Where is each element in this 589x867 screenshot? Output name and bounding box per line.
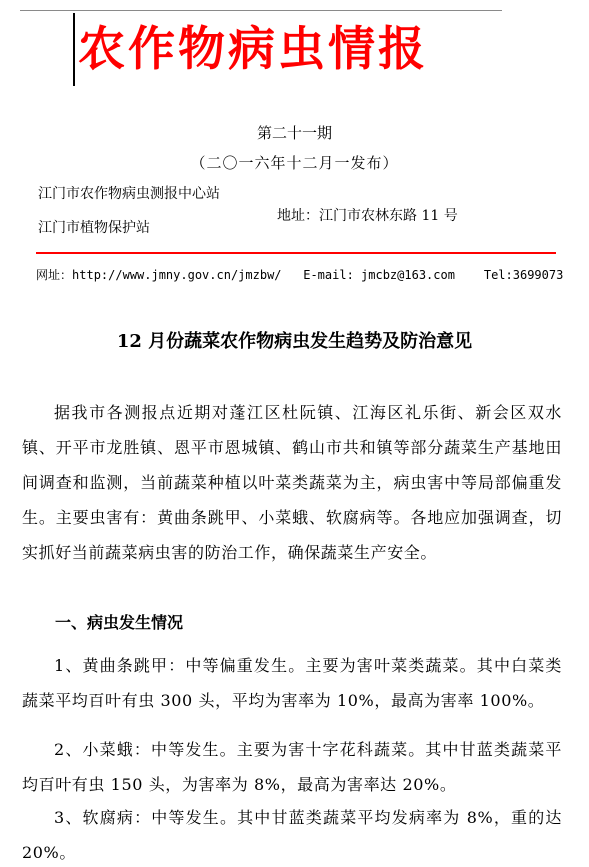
pest-item-1: 1、黄曲条跳甲：中等偏重发生。主要为害叶菜类蔬菜。其中白菜类蔬菜平均百叶有虫 3… [22, 648, 562, 718]
issue-number: 第二十一期 [0, 122, 589, 143]
article-title: 12 月份蔬菜农作物病虫发生趋势及防治意见 [0, 327, 589, 353]
masthead-title: 农作物病虫情报 [78, 14, 428, 86]
red-divider [36, 252, 556, 254]
publish-date: （二〇一六年十二月一发布） [0, 152, 589, 173]
text-cursor [73, 13, 75, 86]
top-rule [20, 10, 502, 11]
intro-paragraph: 据我市各测报点近期对蓬江区杜阮镇、江海区礼乐街、新会区双水镇、开平市龙胜镇、恩平… [22, 395, 562, 570]
website-link[interactable]: http://www.jmny.gov.cn/jmzbw/ [72, 268, 282, 282]
website-label: 网址： [36, 266, 72, 283]
section-heading: 一、病虫发生情况 [55, 610, 183, 633]
contact-line: 网址：http://www.jmny.gov.cn/jmzbw/ E-mail:… [36, 266, 563, 283]
pest-item-3: 3、软腐病：中等发生。其中甘蓝类蔬菜平均发病率为 8%，重的达 20%。 [22, 800, 562, 867]
pest-item-2: 2、小菜蛾：中等发生。主要为害十字花科蔬菜。其中甘蓝类蔬菜平均百叶有虫 150 … [22, 732, 562, 802]
org-name-2: 江门市植物保护站 [38, 217, 150, 237]
telephone: Tel:3699073 [484, 268, 563, 282]
address: 地址：江门市农林东路 11 号 [277, 205, 458, 225]
email[interactable]: E-mail: jmcbz@163.com [303, 268, 455, 282]
org-name-1: 江门市农作物病虫测报中心站 [38, 183, 220, 203]
